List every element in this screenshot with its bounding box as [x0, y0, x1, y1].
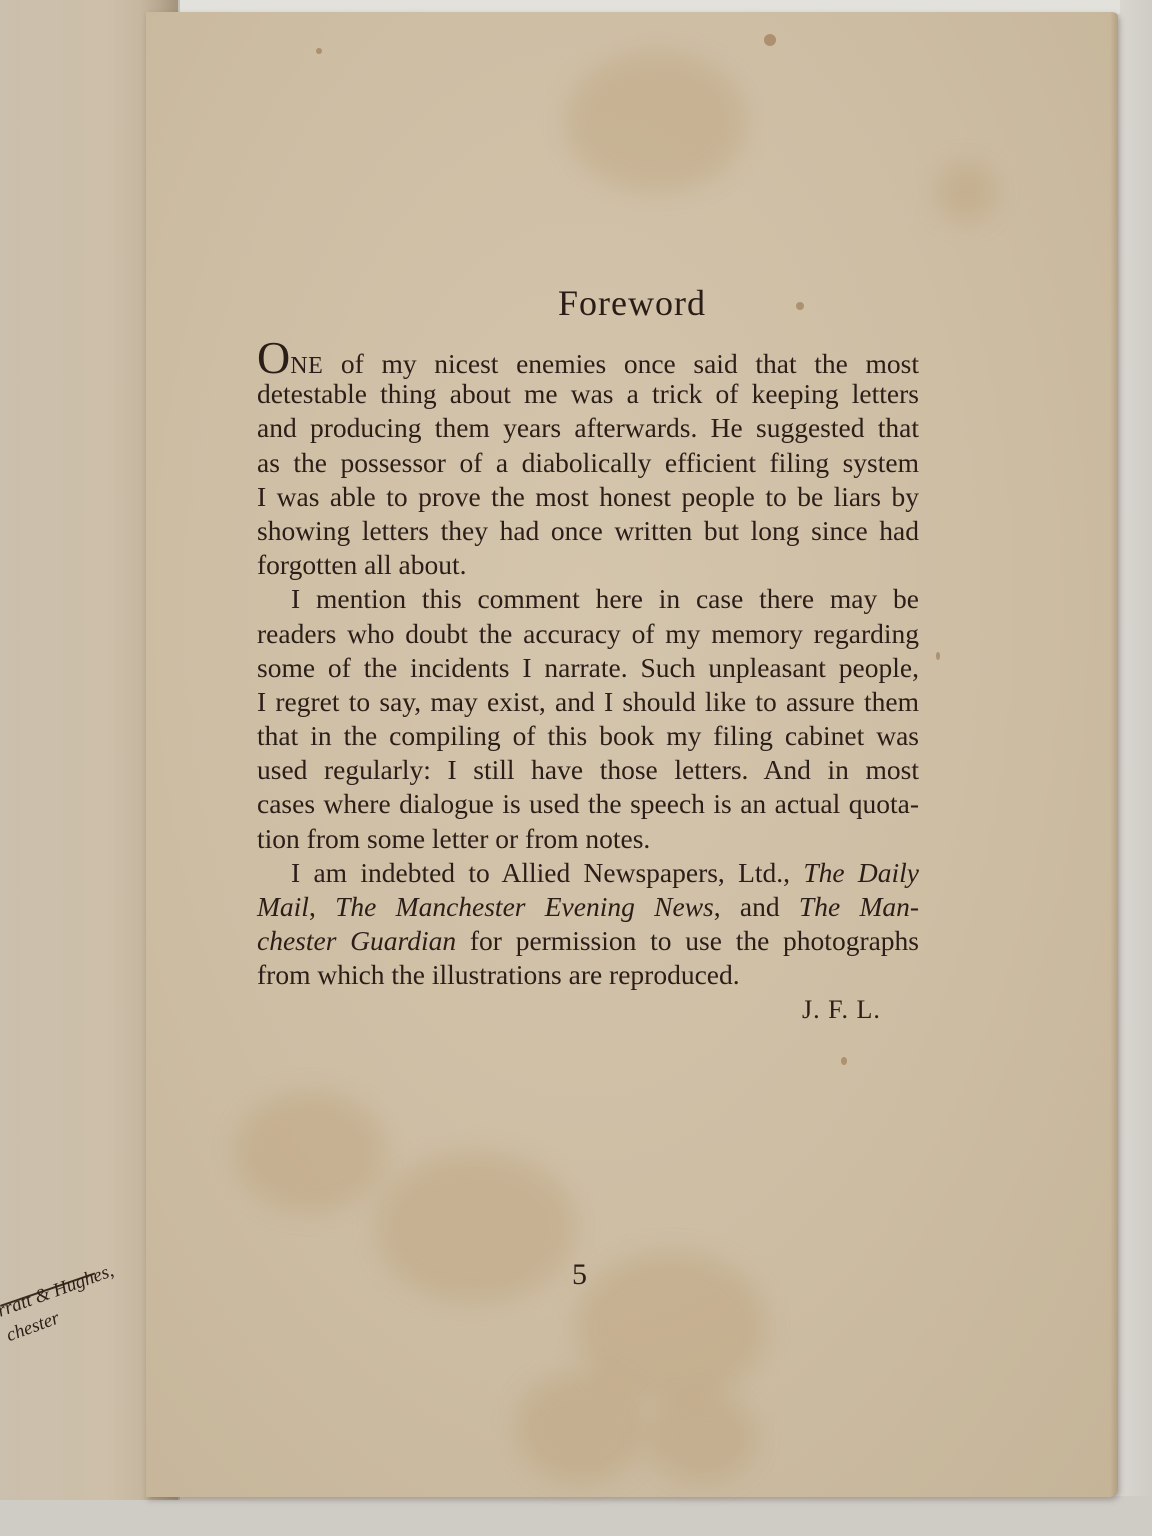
foxing-stain — [236, 1092, 386, 1212]
signature-initials: J. F. L. — [802, 995, 881, 1025]
text-line: from which the illustrations are reprodu… — [257, 958, 919, 992]
text-line: Mail, The Manchester Evening News, and T… — [257, 890, 919, 924]
foxing-spot — [841, 1057, 847, 1065]
text-line: that in the compiling of this book my fi… — [257, 719, 919, 753]
foxing-spot — [316, 48, 322, 54]
text-line: I regret to say, may exist, and I should… — [257, 685, 919, 719]
text-line: some of the incidents I narrate. Such un… — [257, 651, 919, 685]
small-caps-text: NE — [290, 353, 323, 379]
text-line: showing letters they had once written bu… — [257, 514, 919, 548]
backdrop-right — [1120, 0, 1152, 1536]
text-line: I am indebted to Allied Newspapers, Ltd.… — [257, 856, 919, 890]
foxing-stain — [936, 162, 996, 222]
text-line: I was able to prove the most honest peop… — [257, 480, 919, 514]
italic-title: The Daily — [803, 857, 919, 888]
line-text: , — [309, 891, 335, 922]
foxing-stain — [516, 1372, 646, 1482]
page-number: 5 — [572, 1258, 587, 1292]
line-text: I am indebted to Allied Newspapers, Ltd.… — [291, 857, 803, 888]
italic-title: chester Guardian — [257, 925, 456, 956]
italic-title: Mail — [257, 891, 309, 922]
line-text: for permission to use the photographs — [456, 925, 919, 956]
page-title: Foreword — [146, 282, 1118, 324]
text-line: tion from some letter or from notes. — [257, 822, 919, 856]
text-line: readers who doubt the accuracy of my mem… — [257, 617, 919, 651]
text-line: detestable thing about me was a trick of… — [257, 377, 919, 411]
drop-cap: O — [257, 332, 290, 383]
italic-title: The Man- — [799, 891, 919, 922]
foxing-spot — [936, 652, 940, 660]
text-line: cases where dialogue is used the speech … — [257, 787, 919, 821]
text-line: used regularly: I still have those lette… — [257, 753, 919, 787]
text-line: chester Guardian for permission to use t… — [257, 924, 919, 958]
foreword-body: ONE of my nicest enemies once said that … — [257, 343, 919, 993]
italic-title: The Manchester Evening News — [335, 891, 714, 922]
text-line: forgotten all about. — [257, 548, 919, 582]
foxing-spot — [764, 34, 776, 46]
text-line: I mention this comment here in case ther… — [257, 582, 919, 616]
text-line: ONE of my nicest enemies once said that … — [257, 343, 919, 377]
text-line: as the possessor of a diabolically effic… — [257, 446, 919, 480]
line-text: of my nicest enemies once said that the … — [323, 348, 919, 379]
backdrop-bottom — [0, 1496, 1152, 1536]
line-text: , and — [714, 891, 799, 922]
foxing-stain — [646, 1392, 756, 1482]
foxing-stain — [566, 52, 746, 192]
text-line: and producing them years afterwards. He … — [257, 411, 919, 445]
foxing-stain — [376, 1152, 576, 1302]
